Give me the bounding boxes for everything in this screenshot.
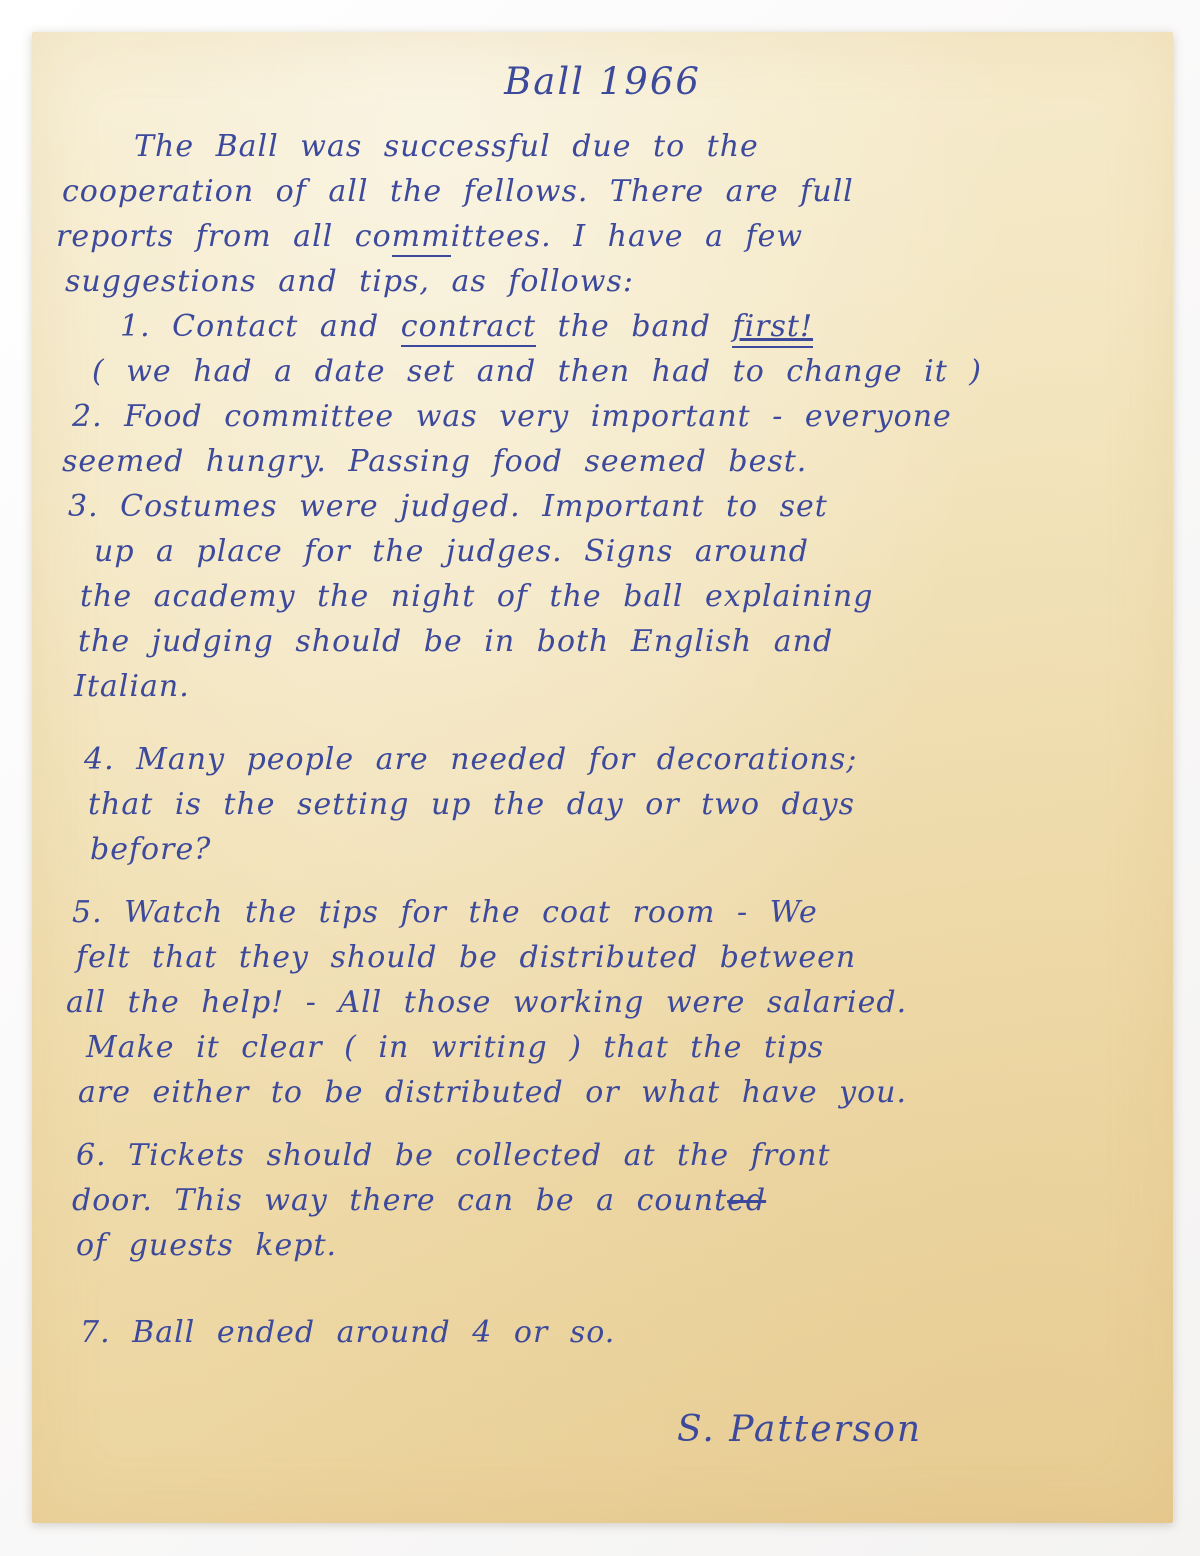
note-line: 7. Ball ended around 4 or so. (32, 1310, 1173, 1355)
note-line: cooperation of all the fellows. There ar… (32, 169, 1173, 214)
handwritten-note-paper: Ball 1966 The Ball was successful due to… (32, 32, 1173, 1523)
note-body: The Ball was successful due to thecooper… (32, 124, 1173, 1355)
note-line: door. This way there can be a counted (32, 1178, 1173, 1223)
signature: S. Patterson (677, 1409, 1173, 1450)
note-line: that is the setting up the day or two da… (32, 782, 1173, 827)
note-line: the judging should be in both English an… (32, 619, 1173, 664)
note-line: before? (32, 827, 1173, 872)
note-line: are either to be distributed or what hav… (32, 1070, 1173, 1115)
note-line: suggestions and tips, as follows: (32, 259, 1173, 304)
note-line: seemed hungry. Passing food seemed best. (32, 439, 1173, 484)
note-line: felt that they should be distributed bet… (32, 935, 1173, 980)
scanner-background: Ball 1966 The Ball was successful due to… (0, 0, 1200, 1556)
note-line: ( we had a date set and then had to chan… (32, 349, 1173, 394)
note-line: 4. Many people are needed for decoration… (32, 737, 1173, 782)
note-line: 6. Tickets should be collected at the fr… (32, 1133, 1173, 1178)
note-line: all the help! - All those working were s… (32, 980, 1173, 1025)
note-line: Italian. (32, 664, 1173, 709)
note-line: Make it clear ( in writing ) that the ti… (32, 1025, 1173, 1070)
note-line: reports from all committees. I have a fe… (32, 214, 1173, 259)
note-line: 3. Costumes were judged. Important to se… (32, 484, 1173, 529)
note-title: Ball 1966 (32, 32, 1173, 108)
note-line: up a place for the judges. Signs around (32, 529, 1173, 574)
note-line: the academy the night of the ball explai… (32, 574, 1173, 619)
note-line: 5. Watch the tips for the coat room - We (32, 890, 1173, 935)
note-line: of guests kept. (32, 1223, 1173, 1268)
note-line: 2. Food committee was very important - e… (32, 394, 1173, 439)
note-line: 1. Contact and contract the band first! (32, 304, 1173, 349)
note-line: The Ball was successful due to the (32, 124, 1173, 169)
